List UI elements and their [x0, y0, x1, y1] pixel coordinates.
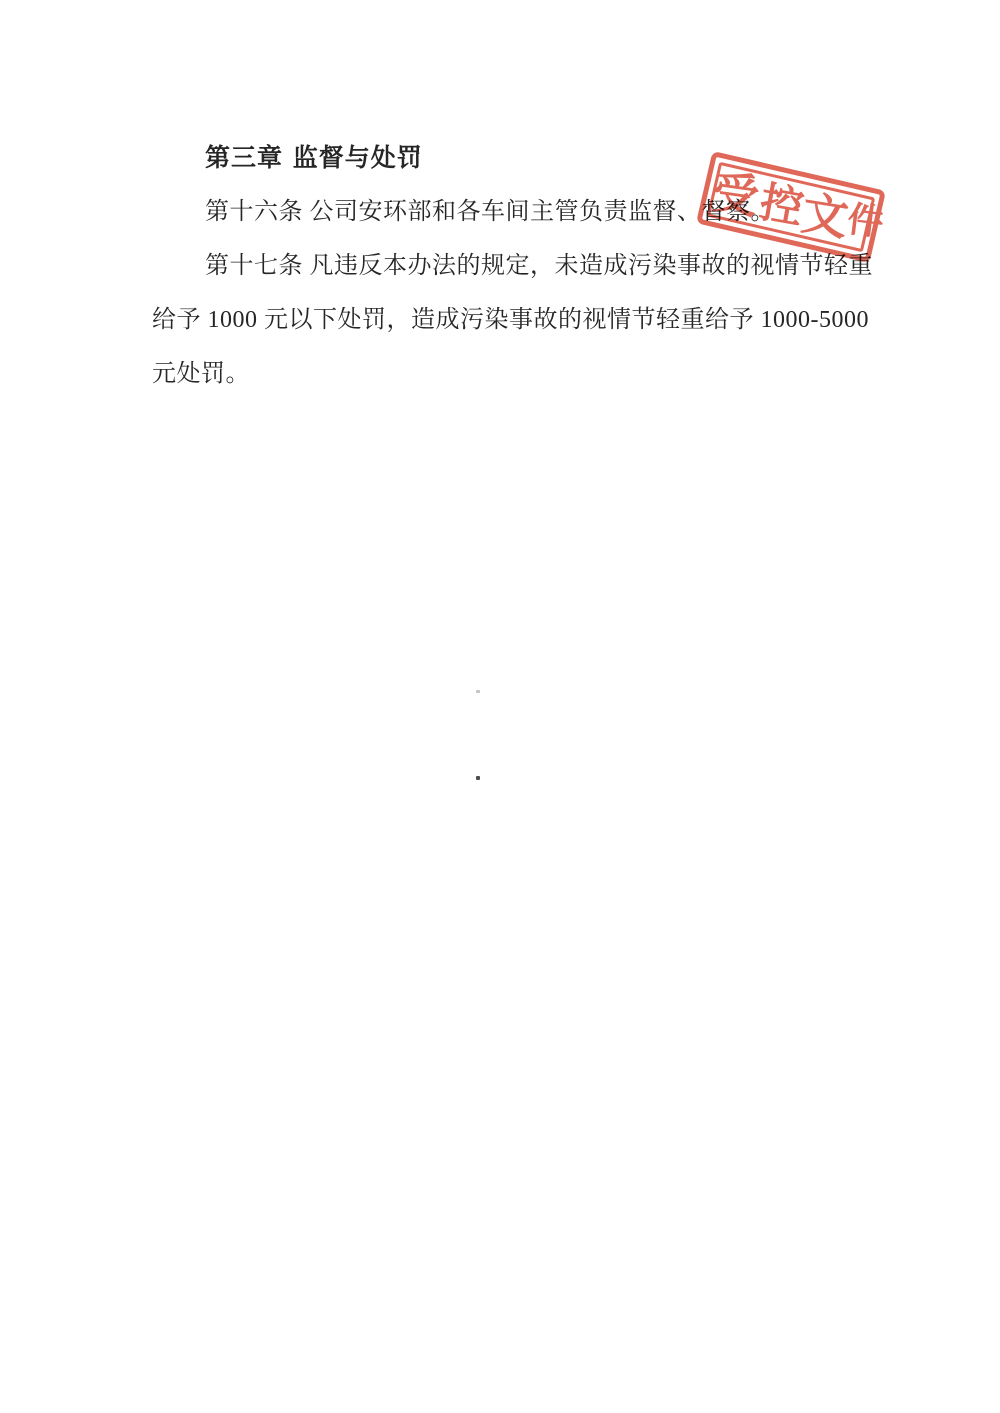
- document-page: 第三章 监督与处罚 第十六条 公司安环部和各车间主管负责监督、督察。 第十七条 …: [0, 0, 1000, 1413]
- stamp-char-kong: 控: [757, 181, 807, 231]
- scan-speck-light: [476, 690, 480, 693]
- paragraph-article-17-line-2: 给予 1000 元以下处罚，造成污染事故的视情节轻重给予 1000-5000: [152, 293, 866, 347]
- stamp-char-jian: 件: [845, 201, 885, 241]
- stamp-char-shou: 受: [709, 169, 761, 221]
- scan-speck-dark: [476, 776, 480, 780]
- paragraph-article-17-line-3: 元处罚。: [152, 347, 866, 401]
- stamp-char-wen: 文: [798, 191, 851, 244]
- paragraph-article-17-line-1: 第十七条 凡违反本办法的规定，未造成污染事故的视情节轻重: [152, 239, 866, 293]
